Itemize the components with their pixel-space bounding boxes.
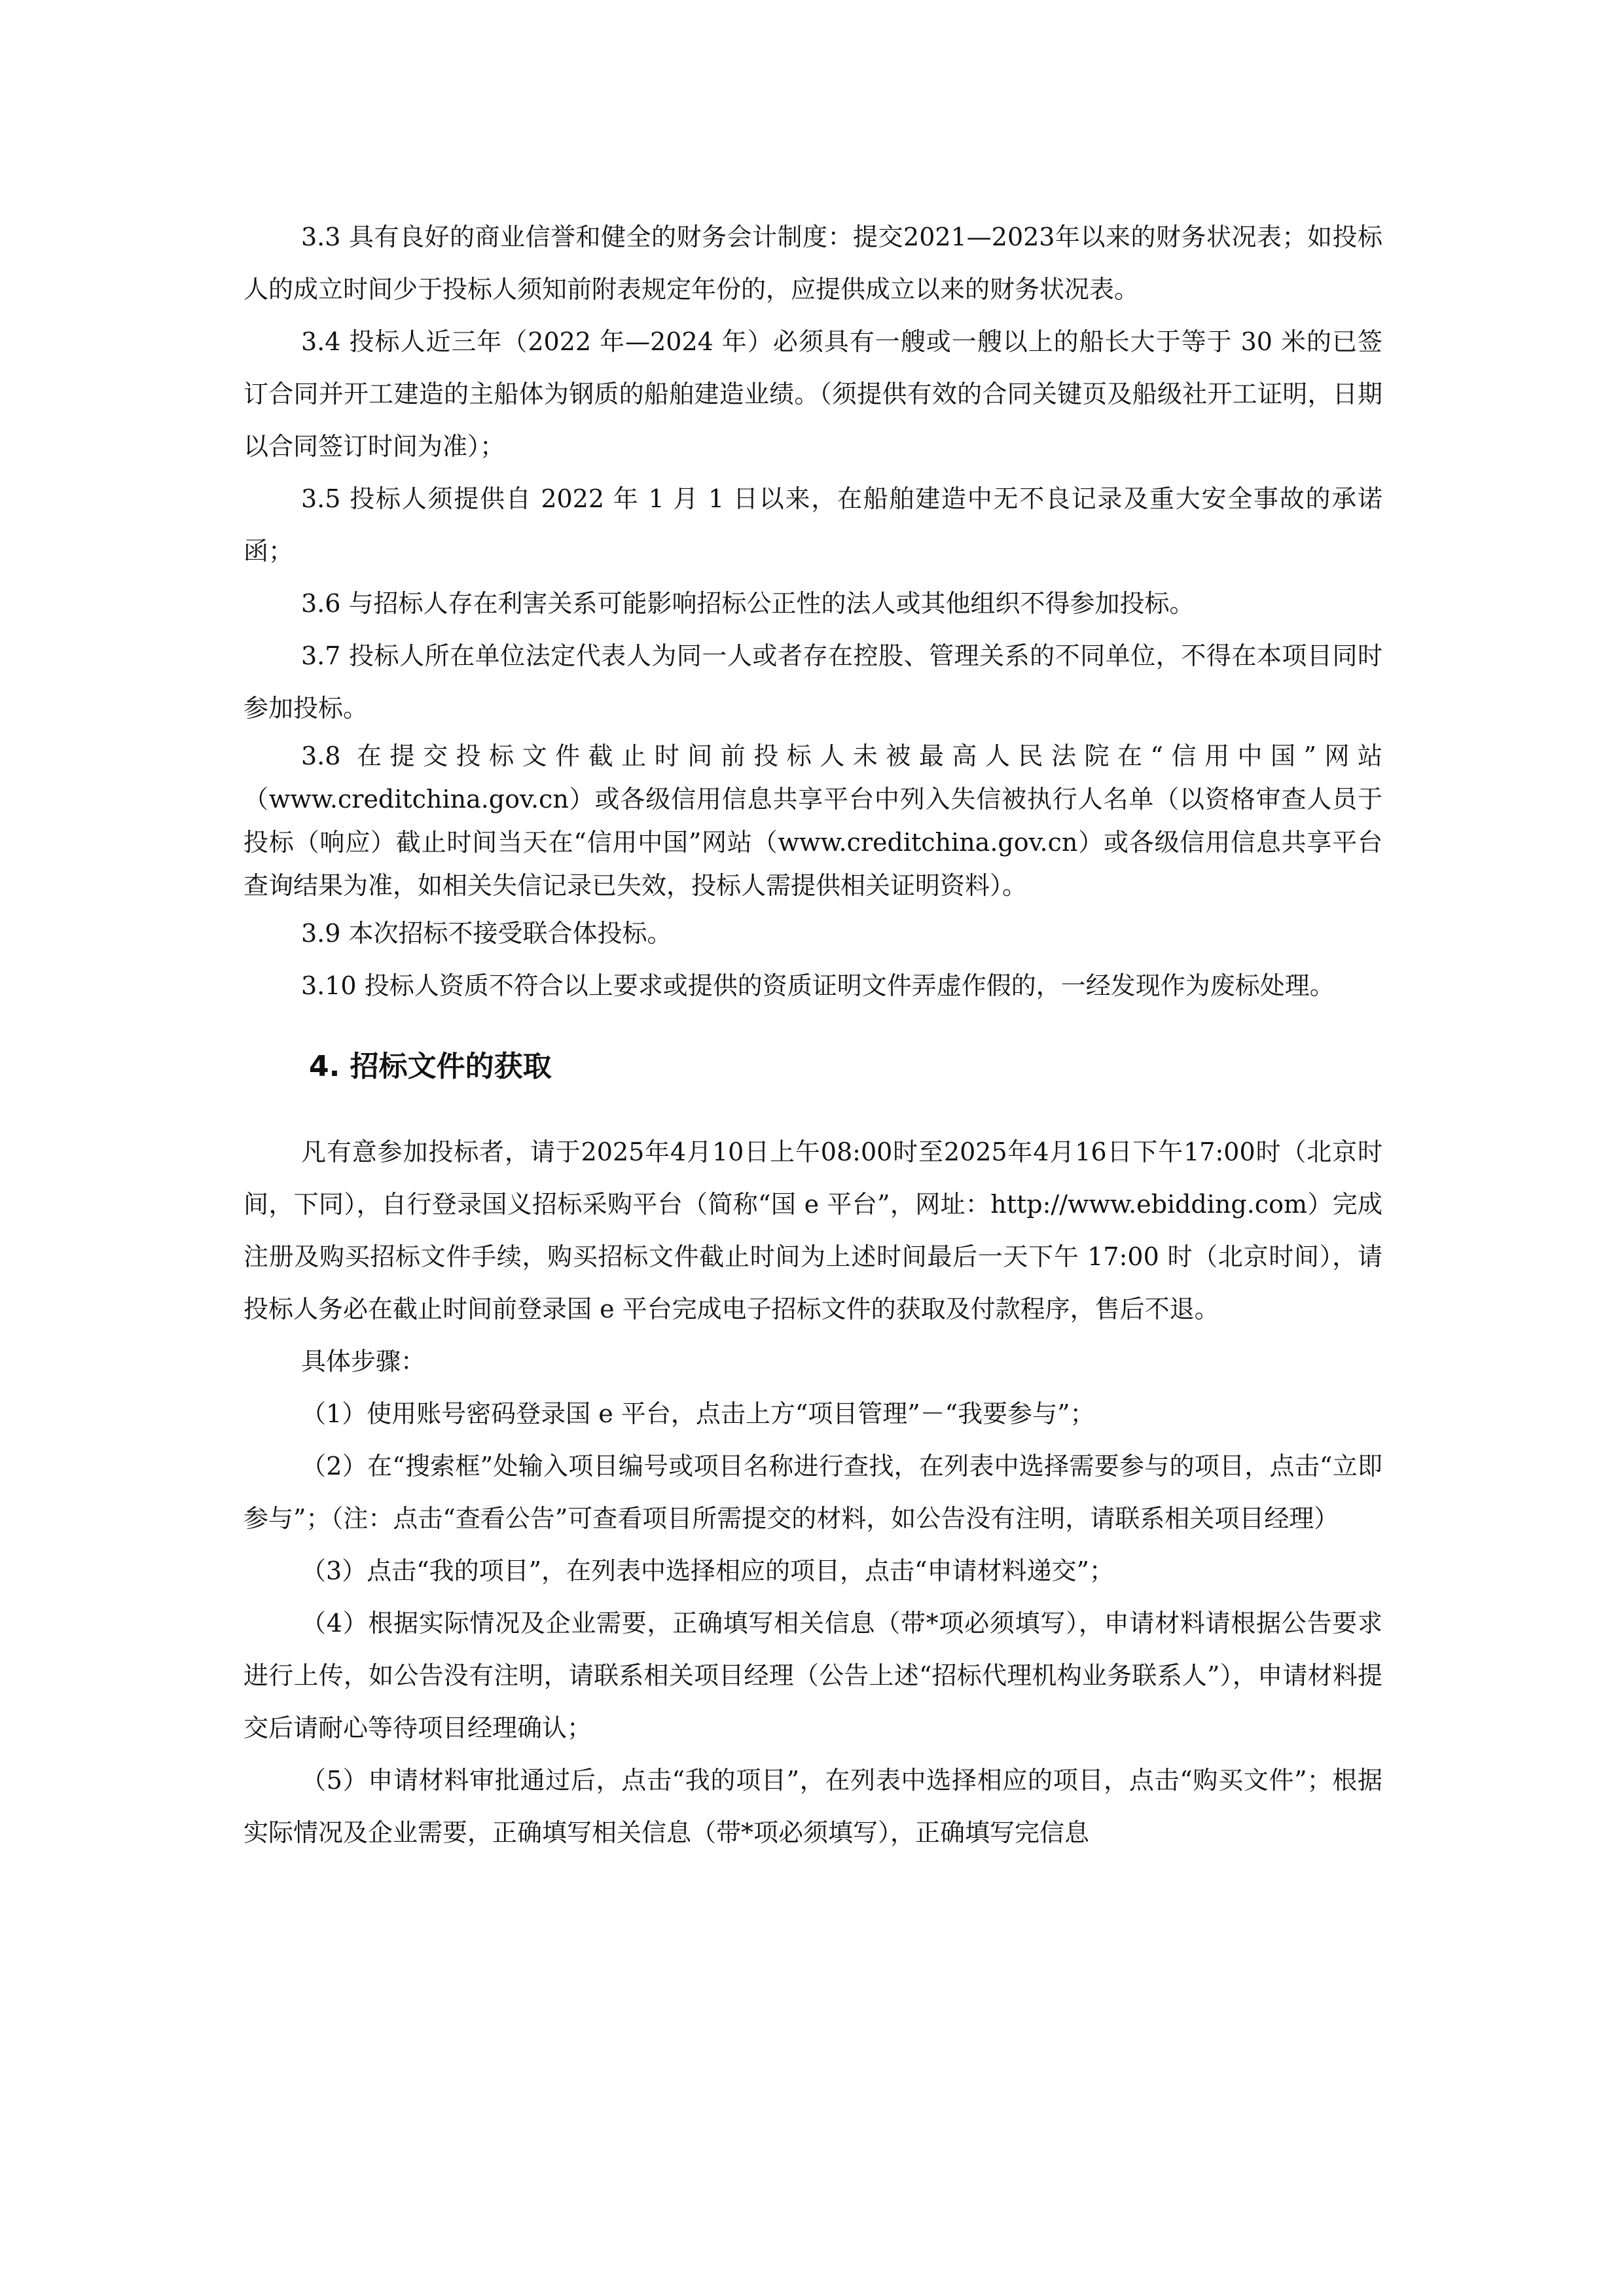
clause-3-5: 3.5 投标人须提供自 2022 年 1 月 1 日以来，在船舶建造中无不良记录… — [244, 473, 1382, 577]
step-2: （2）在“搜索框”处输入项目编号或项目名称进行查找，在列表中选择需要参与的项目，… — [244, 1440, 1382, 1545]
acquisition-intro: 凡有意参加投标者，请于2025年4月10日上午08:00时至2025年4月16日… — [244, 1126, 1382, 1335]
document-page: 3.3 具有良好的商业信誉和健全的财务会计制度：提交2021—2023年以来的财… — [244, 211, 1382, 1859]
clause-3-8: 3.8 在提交投标文件截止时间前投标人未被最高人民法院在“信用中国”网站（www… — [244, 734, 1382, 907]
clause-3-9: 3.9 本次招标不接受联合体投标。 — [244, 907, 1382, 960]
section-heading: 4. 招标文件的获取 — [244, 1041, 1382, 1093]
step-4: （4）根据实际情况及企业需要，正确填写相关信息（带*项必须填写），申请材料请根据… — [244, 1597, 1382, 1754]
step-1: （1）使用账号密码登录国 e 平台，点击上方“项目管理”－“我要参与”； — [244, 1388, 1382, 1440]
clause-3-6: 3.6 与招标人存在利害关系可能影响招标公正性的法人或其他组织不得参加投标。 — [244, 577, 1382, 630]
clause-3-3: 3.3 具有良好的商业信誉和健全的财务会计制度：提交2021—2023年以来的财… — [244, 211, 1382, 315]
step-5: （5）申请材料审批通过后，点击“我的项目”，在列表中选择相应的项目，点击“购买文… — [244, 1754, 1382, 1859]
step-3: （3）点击“我的项目”，在列表中选择相应的项目，点击“申请材料递交”； — [244, 1545, 1382, 1597]
steps-label: 具体步骤： — [244, 1335, 1382, 1388]
clause-3-7: 3.7 投标人所在单位法定代表人为同一人或者存在控股、管理关系的不同单位，不得在… — [244, 630, 1382, 734]
clause-3-4: 3.4 投标人近三年（2022 年—2024 年）必须具有一艘或一艘以上的船长大… — [244, 315, 1382, 473]
clause-3-10: 3.10 投标人资质不符合以上要求或提供的资质证明文件弄虚作假的，一经发现作为废… — [244, 960, 1382, 1012]
